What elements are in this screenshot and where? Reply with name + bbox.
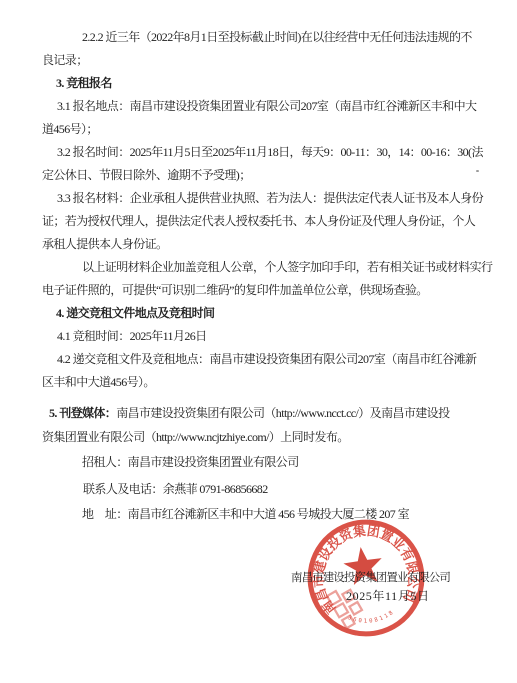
text-line: 区丰和中大道456号）。 [42, 371, 476, 394]
line-text: 定公休日、节假日除外、逾期不予受理)； [42, 168, 251, 182]
signature-date: 2025年11月5日 [346, 587, 430, 604]
text-line: 资集团置业有限公司（http://www.ncjtzhiye.com/）上同时发… [42, 426, 476, 449]
text-line: 3. 竞租报名 [56, 72, 476, 95]
line-text: 3.3 报名材料：企业承租人提供营业执照、若为法人：提供法定代表人证书及本人身份 [57, 191, 483, 205]
text-line: 4.1 竞租时间：2025年11月26日 [57, 325, 476, 348]
line-text: 资集团置业有限公司（http://www.ncjtzhiye.com/）上同时发… [42, 430, 349, 444]
text-line: 2.2.2 近三年（2022年8月1日至投标截止时间)在以往经营中无任何违法违规… [82, 26, 476, 49]
text-line: 道456号）； [42, 118, 476, 141]
scan-artifact-dot [476, 170, 479, 172]
line-text: 证；若为授权代理人，提供法定代表人授权委托书、本人身份证及代理人身份证，个人 [42, 214, 475, 228]
text-line: 承租人提供本人身份证。 [42, 233, 476, 256]
document-page: 2.2.2 近三年（2022年8月1日至投标截止时间)在以往经营中无任何违法违规… [0, 0, 517, 683]
document-body: 2.2.2 近三年（2022年8月1日至投标截止时间)在以往经营中无任何违法违规… [42, 26, 476, 526]
text-line: 定公休日、节假日除外、逾期不予受理)； [42, 164, 476, 187]
line-text: 3.1 报名地点：南昌市建设投资集团置业有限公司207室（南昌市红谷滩新区丰和中… [57, 99, 476, 113]
line-text: 区丰和中大道456号）。 [42, 375, 155, 389]
text-line: 电子证件照的，可提供“可识别二维码”的复印件加盖单位公章，供现场查验。 [42, 279, 476, 302]
text-line: 招租人：南昌市建设投资集团置业有限公司 [82, 451, 476, 474]
line-text: 以上证明材料企业加盖竞租人公章，个人签字加印手印，若有相关证书或材料实行 [82, 260, 492, 274]
signature-company: 南昌市建设投资集团置业有限公司 [291, 569, 450, 585]
line-bold-prefix: 5. 刊登媒体： [49, 406, 116, 420]
line-text: 4. 递交竞租文件地点及竞租时间 [56, 306, 214, 320]
text-line: 证；若为授权代理人，提供法定代表人授权委托书、本人身份证及代理人身份证，个人 [42, 210, 476, 233]
line-text: 2.2.2 近三年（2022年8月1日至投标截止时间)在以往经营中无任何违法违规… [82, 30, 472, 44]
line-text: 道456号）； [42, 122, 98, 136]
line-text: 3. 竞租报名 [56, 76, 112, 90]
text-line: 3.3 报名材料：企业承租人提供营业执照、若为法人：提供法定代表人证书及本人身份 [57, 187, 476, 210]
line-text: 承租人提供本人身份证。 [42, 237, 167, 251]
text-line: 以上证明材料企业加盖竞租人公章，个人签字加印手印，若有相关证书或材料实行 [82, 256, 476, 279]
text-line: 4.2 递交竞租文件及竞租地点：南昌市建设投资集团有限公司207室（南昌市红谷滩… [57, 348, 476, 371]
line-text: 招租人：南昌市建设投资集团置业有限公司 [82, 455, 299, 469]
line-text: 4.1 竞租时间：2025年11月26日 [57, 329, 207, 343]
text-line: 5. 刊登媒体：南昌市建设投资集团有限公司（http://www.ncct.cc… [49, 402, 476, 425]
text-line: 4. 递交竞租文件地点及竞租时间 [56, 302, 476, 325]
line-text: 南昌市建设投资集团有限公司（http://www.ncct.cc/）及南昌市建设… [116, 406, 449, 420]
text-line: 良记录； [42, 49, 476, 72]
text-line: 3.2 报名时间：2025年11月5日至2025年11月18日，每天9：00-1… [57, 141, 476, 164]
line-text: 良记录； [42, 53, 88, 67]
line-text: 4.2 递交竞租文件及竞租地点：南昌市建设投资集团有限公司207室（南昌市红谷滩… [57, 352, 476, 366]
text-line: 3.1 报名地点：南昌市建设投资集团置业有限公司207室（南昌市红谷滩新区丰和中… [57, 95, 476, 118]
line-text: 电子证件照的，可提供“可识别二维码”的复印件加盖单位公章，供现场查验。 [42, 283, 428, 297]
line-text: 联系人及电话：余燕菲 0791-86856682 [83, 482, 268, 496]
line-text: 3.2 报名时间：2025年11月5日至2025年11月18日，每天9：00-1… [57, 145, 483, 159]
text-line: 联系人及电话：余燕菲 0791-86856682 [83, 478, 476, 501]
